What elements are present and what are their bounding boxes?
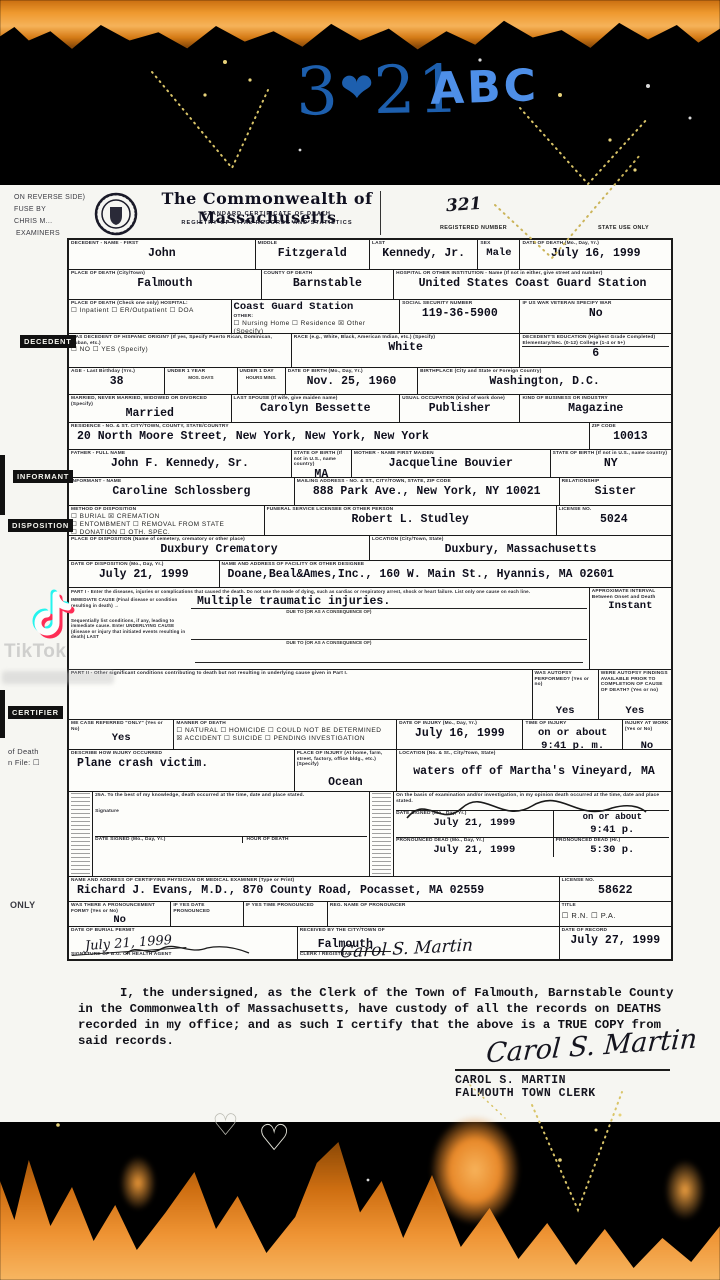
field-label: DECEDENT'S EDUCATION (Highest Grade Comp…	[522, 335, 669, 347]
place-of-injury: Ocean	[297, 776, 394, 789]
row-age-birth: AGE - Last Birthday (Yrs.)38 UNDER 1 YEA…	[69, 368, 671, 395]
date-left: 3	[295, 53, 340, 131]
field-label: MOS. DAYS	[167, 375, 234, 380]
row-cause-of-death: PART I - Enter the diseases, injuries or…	[69, 588, 671, 670]
hour-of-death: 9:41 p.	[556, 824, 669, 837]
date-of-disposition: July 21, 1999	[71, 568, 217, 581]
institution-name: United States Coast Guard Station	[396, 277, 669, 290]
row-place-of-death: PLACE OF DEATH (City/Town)Falmouth COUNT…	[69, 270, 671, 300]
race: White	[294, 341, 518, 354]
field-label: IF YES DATE PRONOUNCED	[173, 903, 240, 914]
due-to-label: DUE TO (OR AS A CONSEQUENCE OF)	[71, 609, 587, 614]
clerk-name-block: CAROL S. MARTIN FALMOUTH TOWN CLERK	[455, 1069, 670, 1100]
injury-at-work: No	[625, 740, 669, 749]
field-label: WAS AUTOPSY PERFORMED? (Yes or no)	[535, 671, 596, 688]
side-label-certifier: CERTIFIER	[8, 706, 63, 719]
autopsy-performed: Yes	[535, 705, 596, 718]
field-label: Sequentially list conditions, if any, le…	[71, 618, 191, 640]
field-label: LOCATION (No. & St., City/Town, State)	[399, 751, 669, 757]
certifying-physician: Richard J. Evans, M.D., 870 County Road,…	[71, 884, 557, 897]
field-label: Signature	[95, 809, 367, 815]
funeral-license-number: 5024	[559, 513, 669, 526]
row-disposition-date: DATE OF DISPOSITION (Mo., Day, Yr.)July …	[69, 561, 671, 588]
margin-in-file: n File: ☐	[8, 758, 40, 767]
date-of-record: July 27, 1999	[562, 934, 669, 947]
tiktok-watermark-text: TikTok	[4, 641, 66, 663]
hispanic-checkboxes: ☐ NO ☐ YES (Specify)	[71, 346, 289, 354]
row-origin-race-education: WAS DECEDENT OF HISPANIC ORIGIN? (If yes…	[69, 334, 671, 368]
heart-outline-icon: ♡	[258, 1118, 290, 1159]
field-label: DATE SIGNED (Mo., Day, Yr.)	[95, 837, 243, 843]
decedent-middle-name: Fitzgerald	[258, 247, 367, 260]
tiktok-video-frame: 3❤21 ABC ON REVERSE SIDE) FUSE BY CHRIS …	[0, 0, 720, 1280]
field-label: TITLE	[562, 903, 669, 909]
disposition-checkboxes: ☐ DONATION ☐ OTH. SPEC.	[71, 529, 262, 535]
field-label: HOUR OF DEATH	[243, 837, 367, 843]
other-checkboxes: ☐ Nursing Home ☐ Residence ☒ Other (Spec…	[234, 320, 398, 333]
field-label: WAS THERE A PRONOUNCEMENT FORM? (Yes or …	[71, 903, 168, 914]
row-pronouncement-form: WAS THERE A PRONOUNCEMENT FORM? (Yes or …	[69, 902, 671, 927]
county-of-death: Barnstable	[264, 277, 391, 290]
field-label: IF YES TIME PRONOUNCED	[246, 903, 325, 909]
rotated-instruction-strip	[71, 793, 90, 875]
field-label: MARRIED, NEVER MARRIED, WIDOWED OR DIVOR…	[71, 396, 229, 407]
flame-blob	[430, 1115, 520, 1225]
heart-outline-icon: ♡	[212, 1108, 239, 1143]
row-parents: FATHER - FULL NAMEJohn F. Kennedy, Sr. S…	[69, 450, 671, 478]
health-agent-signature	[123, 945, 253, 957]
residence: 20 North Moore Street, New York, New Yor…	[71, 430, 587, 443]
document-subtitle-2: REGISTRY OF VITAL RECORDS AND STATISTICS	[152, 220, 382, 226]
field-label: REG. NAME OF PRONOUNCER	[330, 903, 557, 909]
field-label: APPROXIMATE INTERVAL Between Onset and D…	[592, 589, 669, 600]
physician-license-number: 58622	[562, 884, 669, 897]
interval-onset-death: Instant	[592, 600, 669, 613]
row-part2-autopsy: PART II - Other significant conditions c…	[69, 670, 671, 720]
time-of-injury: 9:41 p. m.	[525, 740, 619, 749]
row-residence: RESIDENCE - NO. & ST. CITY/TOWN, COUNTY,…	[69, 423, 671, 450]
tiktok-username-watermark	[2, 671, 114, 684]
state-use-only-label: STATE USE ONLY	[598, 225, 649, 231]
row-manner-of-death: ME CASE REFERRED "ONLY" (Yes or No)Yes M…	[69, 720, 671, 750]
time-of-injury-prefix: on or about	[525, 727, 619, 740]
war-veteran: No	[522, 307, 669, 320]
scan-edge-mark	[0, 690, 5, 738]
usual-occupation: Publisher	[402, 402, 517, 415]
row-marital-occupation: MARRIED, NEVER MARRIED, WIDOWED OR DIVOR…	[69, 395, 671, 423]
document-subtitle-1: STANDARD CERTIFICATE OF DEATH	[152, 211, 382, 217]
margin-only: ONLY	[10, 901, 35, 910]
row-decedent-name: DECEDENT - NAME · FIRSTJohn MIDDLEFitzge…	[69, 240, 671, 270]
field-label: ME CASE REFERRED "ONLY" (Yes or No)	[71, 721, 171, 732]
informant-name: Caroline Schlossberg	[71, 485, 292, 498]
death-certificate-document: ON REVERSE SIDE) FUSE BY CHRIS M... EXAM…	[0, 185, 720, 1122]
date-of-injury: July 16, 1999	[399, 727, 520, 740]
immediate-cause: Multiple traumatic injuries.	[191, 595, 587, 609]
scan-edge-mark	[0, 455, 5, 515]
overlay-abc-text: ABC	[429, 60, 540, 115]
fire-border-top	[0, 0, 720, 52]
cause-line-c	[195, 651, 583, 663]
flame-blob	[120, 1156, 156, 1210]
disposition-location: Duxbury, Massachusetts	[372, 543, 669, 556]
row-certifying-physician: NAME AND ADDRESS OF CERTIFYING PHYSICIAN…	[69, 877, 671, 902]
field-label: STATE OF BIRTH (If not in U.S., name cou…	[553, 451, 669, 457]
other-place-value: Coast Guard Station	[234, 301, 398, 314]
pronounced-dead-hour: 5:30 p.	[556, 844, 669, 857]
fire-border-bottom	[0, 1130, 720, 1280]
date-of-death: July 16, 1999	[522, 247, 669, 260]
clerk-name: CAROL S. MARTIN	[455, 1074, 670, 1087]
field-label: HOURS MINS.	[240, 375, 283, 380]
place-of-death-city: Falmouth	[71, 277, 259, 290]
field-label: RECEIVED BY THE CITY/TOWN OF	[300, 928, 385, 933]
rotated-instruction-strip	[372, 793, 391, 875]
field-label: USUAL OCCUPATION (Kind of work done)	[402, 396, 517, 402]
field-label: WAS DECEDENT OF HISPANIC ORIGIN? (If yes…	[71, 335, 289, 346]
last-spouse: Carolyn Bessette	[234, 402, 398, 415]
field-label: 25A. To the best of my knowledge, death …	[95, 793, 367, 799]
tiktok-logo-icon	[26, 583, 78, 639]
side-label-decedent: DECEDENT	[20, 335, 76, 348]
margin-fragment-4: EXAMINERS	[16, 229, 60, 238]
autopsy-findings-available: Yes	[601, 705, 669, 718]
clerk-title: FALMOUTH TOWN CLERK	[455, 1087, 670, 1100]
facility-name-address: Doane,Beal&Ames,Inc., 160 W. Main St., H…	[222, 568, 670, 581]
pronounced-dead-date: July 21, 1999	[396, 844, 553, 857]
business-industry: Magazine	[522, 402, 669, 415]
me-case-referred: Yes	[71, 732, 171, 745]
field-label: PLACE OF INJURY (At home, farm, street, …	[297, 751, 394, 768]
decedent-first-name: John	[71, 247, 253, 260]
row-informant: INFORMANT - NAMECaroline Schlossberg MAI…	[69, 478, 671, 506]
informant-address: 888 Park Ave., New York, NY 10021	[297, 485, 557, 498]
disposition-checkboxes: ☐ BURIAL ☒ CREMATION	[71, 513, 262, 521]
decedent-sex: Male	[480, 247, 517, 260]
field-label: IMMEDIATE CAUSE (Final disease or condit…	[71, 597, 191, 608]
margin-fragment-1: ON REVERSE SIDE)	[14, 193, 85, 202]
heart-icon: ❤	[340, 65, 374, 112]
field-label: WERE AUTOPSY FINDINGS AVAILABLE PRIOR TO…	[601, 671, 669, 693]
education: 6	[522, 347, 669, 360]
due-to-label: DUE TO (OR AS A CONSEQUENCE OF)	[71, 640, 587, 645]
disposition-checkboxes: ☐ ENTOMBMENT ☐ REMOVAL FROM STATE	[71, 521, 262, 529]
social-security-number: 119-36-5900	[402, 307, 517, 320]
decedent-last-name: Kennedy, Jr.	[372, 247, 475, 260]
side-label-informant: INFORMANT	[13, 470, 73, 483]
field-label: FIRST	[124, 241, 139, 246]
bottom-black-band	[0, 1122, 720, 1280]
registered-number-handwritten: 321	[445, 194, 482, 216]
date-of-birth: Nov. 25, 1960	[288, 375, 415, 388]
certificate-form: DECEDENT - NAME · FIRSTJohn MIDDLEFitzge…	[67, 238, 673, 961]
cause-line-b	[191, 627, 587, 640]
row-disposition-place: PLACE OF DISPOSITION (Name of cemetery, …	[69, 536, 671, 561]
injury-location: waters off of Martha's Vineyard, MA	[399, 765, 669, 778]
medical-examiner-signature	[402, 798, 652, 824]
manner-checkboxes: ☐ NATURAL ☐ HOMICIDE ☐ COULD NOT BE DETE…	[176, 727, 394, 735]
mother-state: NY	[553, 457, 669, 470]
hospital-checkboxes: ☐ Inpatient ☐ ER/Outpatient ☐ DOA	[71, 307, 229, 315]
zip-code: 10013	[592, 430, 669, 443]
row-record: DATE OF BURIAL PERMIT July 21, 1999 SIGN…	[69, 927, 671, 959]
father-state: MA	[294, 468, 349, 477]
margin-fragment-2: FUSE BY	[14, 205, 46, 214]
age: 38	[71, 375, 162, 388]
marital-status: Married	[71, 407, 229, 420]
state-seal-icon	[94, 191, 138, 237]
place-of-disposition: Duxbury Crematory	[71, 543, 367, 556]
funeral-licensee: Robert L. Studley	[267, 513, 554, 526]
mother-name: Jacqueline Bouvier	[354, 457, 548, 470]
margin-fragment-3: CHRIS M...	[14, 217, 52, 226]
birthplace: Washington, D.C.	[420, 375, 669, 388]
row-certifier: 25A. To the best of my knowledge, death …	[69, 792, 671, 877]
pronouncer-title-checkboxes: ☐ R.N. ☐ P.A.	[562, 912, 669, 920]
field-label: DECEDENT - NAME	[71, 241, 119, 246]
flame-blob	[665, 1160, 705, 1220]
header-divider	[380, 191, 381, 235]
field-label: STATE OF BIRTH (If not in U.S., name cou…	[294, 451, 349, 468]
row-injury-description: DESCRIBE HOW INJURY OCCURREDPlane crash …	[69, 750, 671, 792]
manner-checkboxes: ☒ ACCIDENT ☐ SUICIDE ☐ PENDING INVESTIGA…	[176, 735, 394, 743]
margin-of-death: of Death	[8, 747, 39, 756]
row-disposition-method: METHOD OF DISPOSITION☐ BURIAL ☒ CREMATIO…	[69, 506, 671, 536]
pronouncement-form: No	[71, 914, 168, 926]
informant-relationship: Sister	[562, 485, 669, 498]
father-name: John F. Kennedy, Sr.	[71, 457, 289, 470]
side-label-disposition: DISPOSITION	[8, 519, 73, 532]
row-place-type-ssn: PLACE OF DEATH (Check one only) HOSPITAL…	[69, 300, 671, 334]
field-label: INJURY AT WORK (Yes or No)	[625, 721, 669, 732]
how-injury-occurred: Plane crash victim.	[71, 757, 292, 770]
registered-number-label: REGISTERED NUMBER	[440, 225, 507, 231]
field-label: PART II - Other significant conditions c…	[71, 671, 530, 677]
